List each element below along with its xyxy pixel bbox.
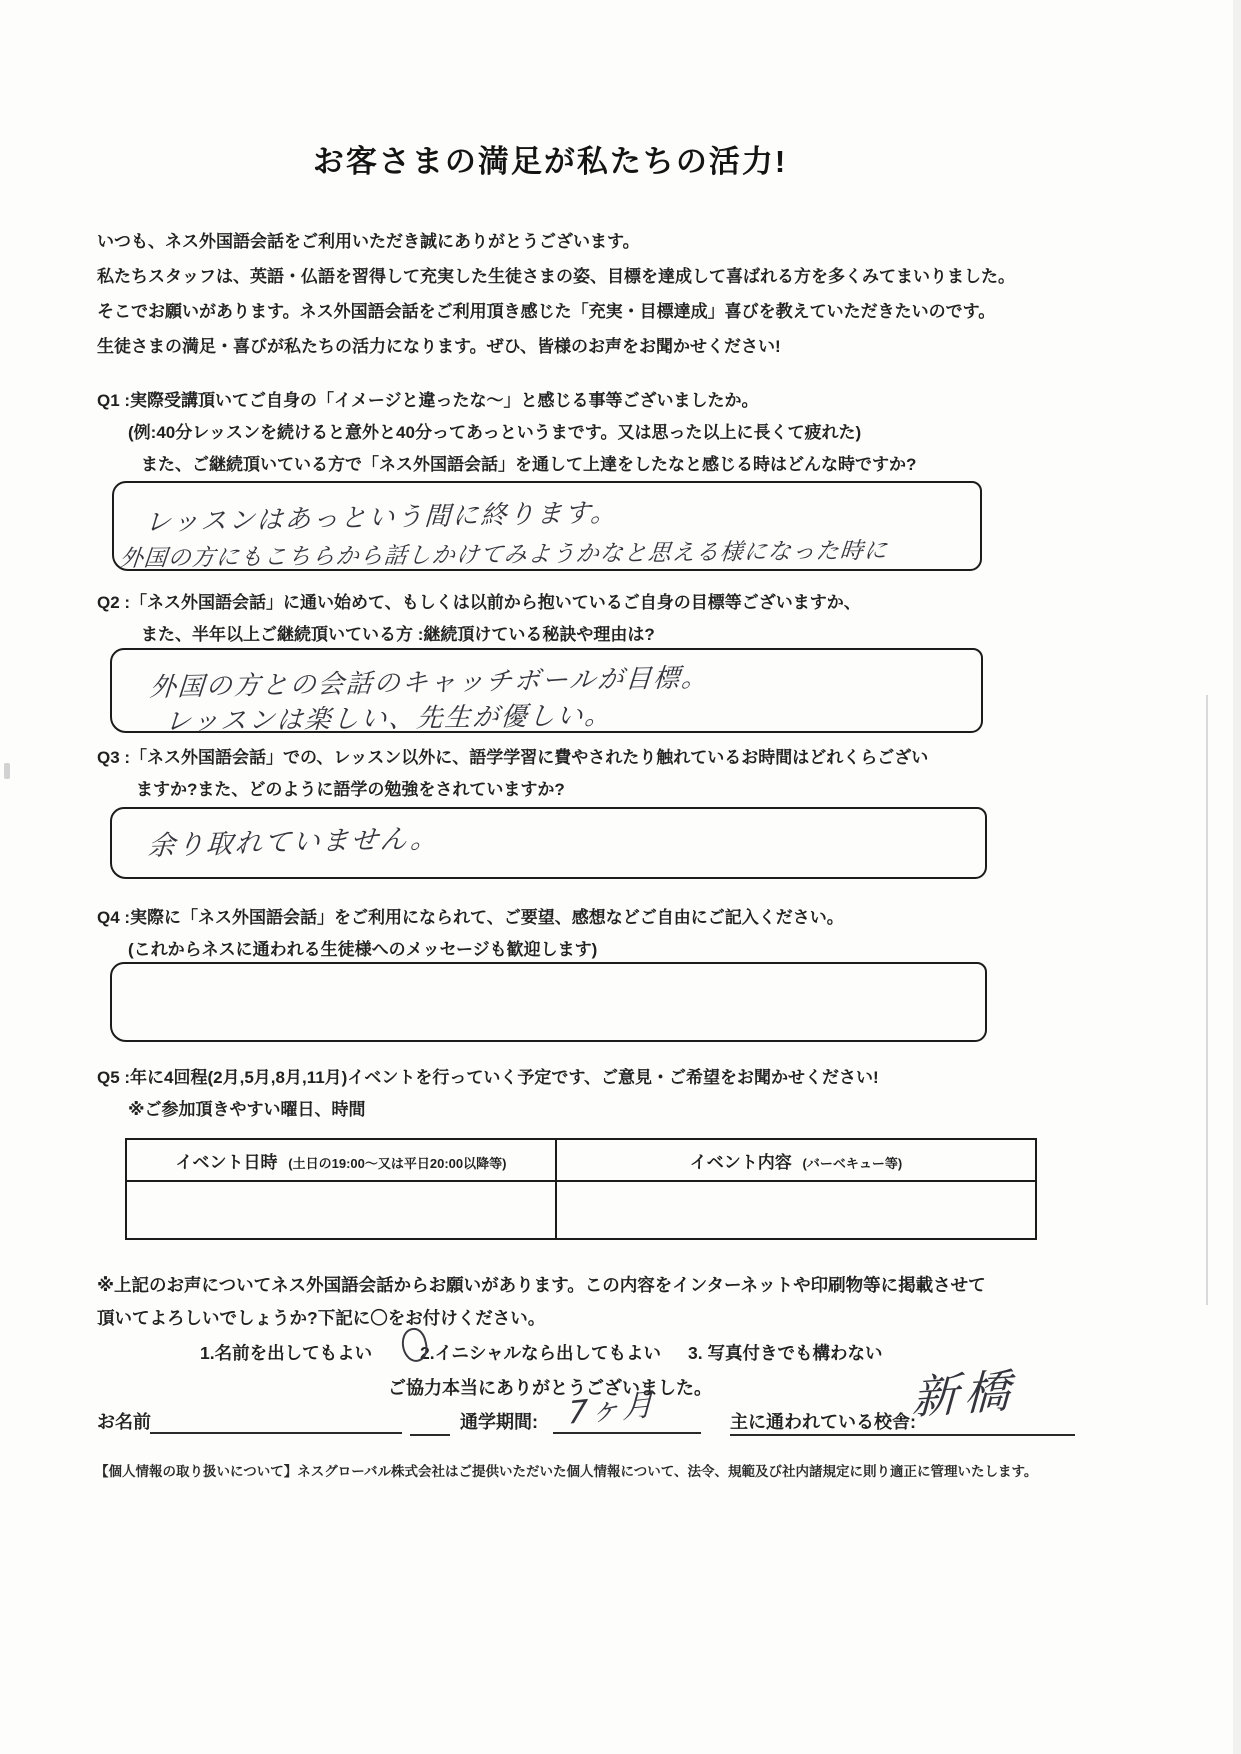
event-datetime-header-label: イベント日時	[176, 1153, 278, 1172]
q3-question-text: Q3 :「ネス外国語会話」での、レッスン以外に、語学学習に費やされたり触れている…	[97, 743, 928, 768]
name-field-input-ext[interactable]	[410, 1434, 450, 1436]
thanks-text: ご協力本当にありがとうございました。	[388, 1374, 712, 1400]
q2-handwritten-answer-line2: レッスンは楽しい、先生が優しい。	[164, 695, 614, 738]
event-datetime-header-sub: (土日の19:00〜又は平日20:00以降等)	[288, 1156, 506, 1171]
consent-note-line1: ※上記のお声についてネス外国語会話からお願いがあります。この内容をインターネット…	[97, 1272, 986, 1297]
intro-line-4: 生徒さまの満足・喜びが私たちの活力になります。ぜひ、皆様のお声をお聞かせください…	[97, 329, 781, 364]
q5-question-text: Q5 :年に4回程(2月,5月,8月,11月)イベントを行っていく予定です、ご意…	[97, 1063, 879, 1088]
q1-question-text: Q1 :実際受講頂いてご自身の「イメージと違ったな〜」と感じる事等ございましたか…	[97, 386, 759, 411]
consent-option-3[interactable]: 3. 写真付きでも構わない	[688, 1340, 882, 1365]
event-content-header: イベント内容 (バーベキュー等)	[556, 1139, 1036, 1181]
event-content-header-label: イベント内容	[690, 1153, 792, 1172]
consent-option-2[interactable]: 2.イニシャルなら出してもよい	[420, 1340, 661, 1365]
scan-edge-artifact	[1233, 0, 1241, 1754]
q1-example-text: (例:40分レッスンを続けると意外と40分ってあっというまです。又は思った以上に…	[128, 418, 861, 443]
period-field-label: 通学期間:	[460, 1408, 538, 1434]
q4-answer-box[interactable]	[110, 962, 987, 1042]
event-content-cell[interactable]	[556, 1181, 1036, 1239]
school-handwritten-value: 新橋	[911, 1354, 1017, 1428]
event-datetime-header: イベント日時 (土日の19:00〜又は平日20:00以降等)	[126, 1139, 556, 1181]
q5-note-text: ※ご参加頂きやすい曜日、時間	[128, 1095, 366, 1120]
intro-line-2: 私たちスタッフは、英語・仏語を習得して充実した生徒さまの姿、目標を達成して喜ばれ…	[97, 259, 1015, 294]
event-datetime-cell[interactable]	[126, 1181, 556, 1239]
name-field-input[interactable]	[150, 1432, 402, 1434]
period-field-input[interactable]	[553, 1432, 701, 1434]
privacy-footer: 【個人情報の取り扱いについて】ネスグローバル株式会社はご提供いただいた個人情報に…	[95, 1460, 1175, 1480]
q3-handwritten-answer: 余り取れていません。	[147, 816, 441, 863]
q1-followup-text: また、ご継続頂いている方で「ネス外国語会話」を通して上達をしたなと感じる時はどん…	[141, 450, 916, 475]
scan-dot-artifact	[4, 763, 10, 779]
survey-page: お客さまの満足が私たちの活力! いつも、ネス外国語会話をご利用いただき誠にありが…	[0, 0, 1241, 1754]
page-title: お客さまの満足が私たちの活力!	[0, 136, 1100, 181]
q2-question-text: Q2 :「ネス外国語会話」に通い始めて、もしくは以前から抱いているご自身の目標等…	[97, 588, 861, 613]
intro-line-3: そこでお願いがあります。ネス外国語会話をご利用頂き感じた「充実・目標達成」喜びを…	[97, 294, 995, 329]
q4-question-text: Q4 :実際に「ネス外国語会話」をご利用になられて、ご要望、感想などご自由にご記…	[97, 903, 844, 928]
q3-question-text-cont: ますか?また、どのように語学の勉強をされていますか?	[136, 775, 565, 800]
q2-followup-text: また、半年以上ご継続頂いている方 :継続頂けている秘訣や理由は?	[141, 620, 655, 645]
event-table-header-row: イベント日時 (土日の19:00〜又は平日20:00以降等) イベント内容 (バ…	[126, 1139, 1036, 1181]
event-table-body-row	[126, 1181, 1036, 1239]
scan-line-artifact	[1206, 695, 1208, 1305]
school-field-input[interactable]	[730, 1434, 1075, 1436]
school-field-label: 主に通われている校舎:	[730, 1408, 916, 1434]
consent-option-1[interactable]: 1.名前を出してもよい	[200, 1340, 372, 1365]
q4-note-text: (これからネスに通われる生徒様へのメッセージも歓迎します)	[128, 935, 597, 960]
name-field-label: お名前	[97, 1408, 151, 1434]
event-table: イベント日時 (土日の19:00〜又は平日20:00以降等) イベント内容 (バ…	[125, 1138, 1037, 1240]
intro-line-1: いつも、ネス外国語会話をご利用いただき誠にありがとうございます。	[97, 224, 640, 259]
period-handwritten-value: 7ヶ月	[567, 1378, 656, 1433]
consent-note-line2: 頂いてよろしいでしょうか?下記に〇をお付けください。	[97, 1305, 545, 1330]
event-content-header-sub: (バーベキュー等)	[803, 1156, 903, 1171]
